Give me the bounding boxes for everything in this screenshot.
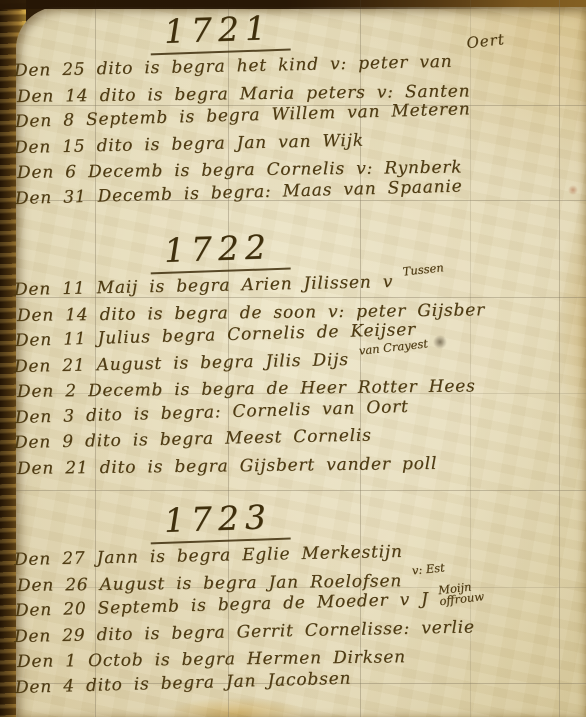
manuscript-page: 1721Den 25 dito is begra het kind v: pet…: [0, 0, 586, 717]
entry-list: Den 11 Maij is begra Arien Jilissen vTus…: [14, 278, 586, 482]
entry-list: Den 25 dito is begra het kind v: peter v…: [14, 59, 586, 212]
entry-margin-note: Moijn offrouw: [438, 577, 512, 607]
entry-text: Den 11 Maij is begra Arien Jilissen v: [14, 272, 394, 300]
entry-margin-note: Tussen: [402, 262, 444, 277]
section-1723: 1723Den 27 Jann is begra Eglie Merkestij…: [14, 499, 586, 701]
entry-margin-note: v: Est: [411, 562, 445, 576]
entry-text: Den 9 dito is begra Meest Cornelis: [14, 426, 372, 453]
year-heading: 1723: [149, 497, 290, 545]
entry-text: Den 15 dito is begra Jan van Wijk: [14, 130, 364, 157]
entry-margin-note: Oert: [466, 34, 505, 49]
entry-text: Den 21 dito is begra Gijsbert vander pol…: [17, 453, 437, 478]
entry-list: Den 27 Jann is begra Eglie MerkestijnDen…: [14, 548, 586, 701]
section-1721: 1721Den 25 dito is begra het kind v: pet…: [14, 10, 586, 212]
entry-text: Den 27 Jann is begra Eglie Merkestijn: [14, 542, 403, 570]
section-1722: 1722Den 11 Maij is begra Arien Jilissen …: [14, 229, 586, 482]
entry-text: Den 21 August is begra Jilis Dijs: [14, 349, 349, 376]
register-content: 1721Den 25 dito is begra het kind v: pet…: [0, 0, 586, 701]
year-heading: 1722: [149, 227, 290, 275]
year-heading: 1721: [149, 8, 290, 56]
